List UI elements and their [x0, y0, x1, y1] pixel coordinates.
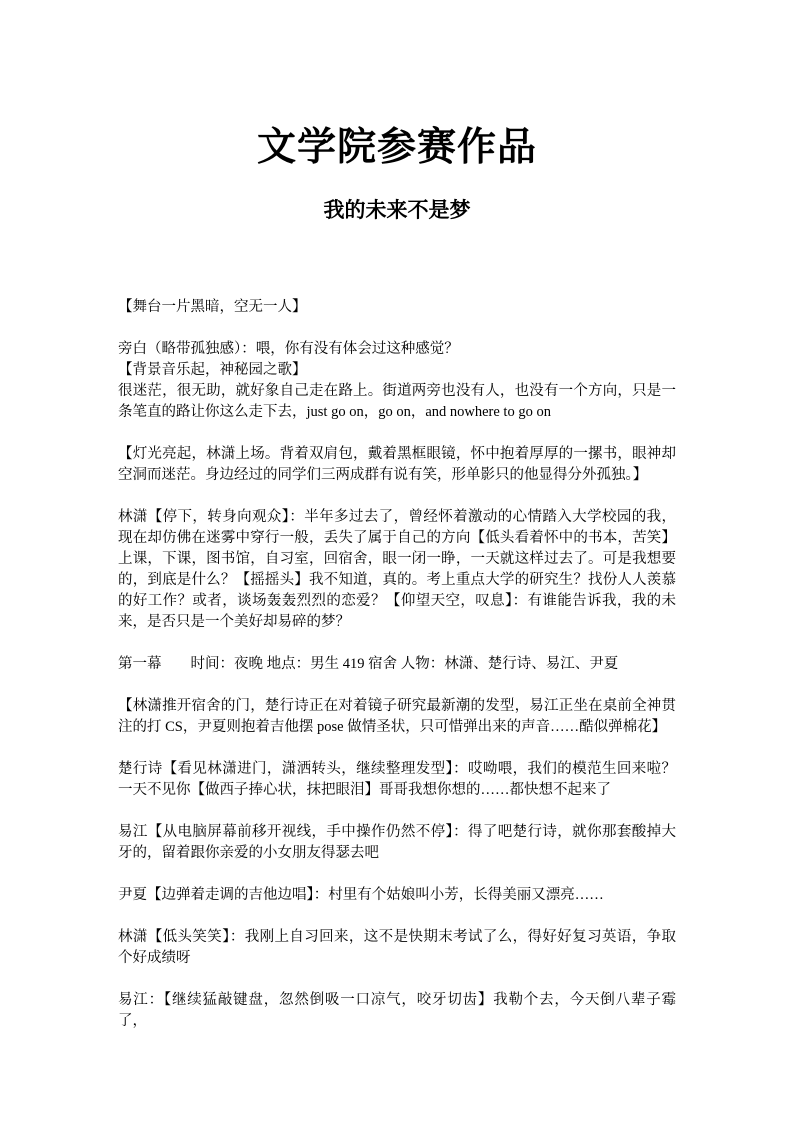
- paragraph-line: 易江：【继续猛敲键盘，忽然倒吸一口凉气，咬牙切齿】我勒个去，今天倒八辈子霉了，: [118, 990, 676, 1032]
- paragraph-line: 【背景音乐起，神秘园之歌】: [118, 360, 676, 381]
- document-subtitle: 我的未来不是梦: [0, 196, 794, 224]
- paragraph-line: 易江【从电脑屏幕前移开视线，手中操作仍然不停】：得了吧楚行诗，就你那套酸掉大牙的…: [118, 822, 676, 864]
- paragraph-block: 【舞台一片黑暗，空无一人】: [118, 297, 676, 318]
- paragraph-block: 第一幕 时间：夜晚 地点：男生 419 宿舍 人物：林潇、楚行诗、易江、尹夏: [118, 654, 676, 675]
- paragraph-block: 【林潇推开宿舍的门，楚行诗正在对着镜子研究最新潮的发型，易江正坐在桌前全神贯注的…: [118, 696, 676, 738]
- paragraph-line: 林潇【低头笑笑】：我刚上自习回来，这不是快期末考试了么，得好好复习英语，争取个好…: [118, 927, 676, 969]
- paragraph-line: 尹夏【边弹着走调的吉他边唱】：村里有个姑娘叫小芳，长得美丽又漂亮……: [118, 885, 676, 906]
- paragraph-line: 楚行诗【看见林潇进门，潇洒转头，继续整理发型】：哎呦喂，我们的模范生回来啦？一天…: [118, 759, 676, 801]
- paragraph-block: 楚行诗【看见林潇进门，潇洒转头，继续整理发型】：哎呦喂，我们的模范生回来啦？一天…: [118, 759, 676, 801]
- paragraph-block: 林潇【停下，转身向观众】：半年多过去了，曾经怀着激动的心情踏入大学校园的我，现在…: [118, 507, 676, 633]
- paragraph-block: 林潇【低头笑笑】：我刚上自习回来，这不是快期末考试了么，得好好复习英语，争取个好…: [118, 927, 676, 969]
- paragraph-block: 【灯光亮起，林潇上场。背着双肩包，戴着黑框眼镜，怀中抱着厚厚的一摞书，眼神却空洞…: [118, 444, 676, 486]
- paragraph-line: 第一幕 时间：夜晚 地点：男生 419 宿舍 人物：林潇、楚行诗、易江、尹夏: [118, 654, 676, 675]
- paragraph-line: 林潇【停下，转身向观众】：半年多过去了，曾经怀着激动的心情踏入大学校园的我，现在…: [118, 507, 676, 633]
- paragraph-block: 易江【从电脑屏幕前移开视线，手中操作仍然不停】：得了吧楚行诗，就你那套酸掉大牙的…: [118, 822, 676, 864]
- paragraph-line: 【舞台一片黑暗，空无一人】: [118, 297, 676, 318]
- paragraph-line: 很迷茫，很无助，就好象自己走在路上。街道两旁也没有人，也没有一个方向，只是一条笔…: [118, 381, 676, 423]
- script-body: 【舞台一片黑暗，空无一人】旁白（略带孤独感）：喂，你有没有体会过这种感觉？【背景…: [118, 297, 676, 1053]
- document-page: 文学院参赛作品 我的未来不是梦 【舞台一片黑暗，空无一人】旁白（略带孤独感）：喂…: [0, 0, 794, 1123]
- paragraph-line: 【灯光亮起，林潇上场。背着双肩包，戴着黑框眼镜，怀中抱着厚厚的一摞书，眼神却空洞…: [118, 444, 676, 486]
- paragraph-line: 【林潇推开宿舍的门，楚行诗正在对着镜子研究最新潮的发型，易江正坐在桌前全神贯注的…: [118, 696, 676, 738]
- paragraph-block: 旁白（略带孤独感）：喂，你有没有体会过这种感觉？【背景音乐起，神秘园之歌】很迷茫…: [118, 339, 676, 423]
- paragraph-block: 易江：【继续猛敲键盘，忽然倒吸一口凉气，咬牙切齿】我勒个去，今天倒八辈子霉了，: [118, 990, 676, 1032]
- paragraph-block: 尹夏【边弹着走调的吉他边唱】：村里有个姑娘叫小芳，长得美丽又漂亮……: [118, 885, 676, 906]
- paragraph-line: 旁白（略带孤独感）：喂，你有没有体会过这种感觉？: [118, 339, 676, 360]
- document-title: 文学院参赛作品: [0, 124, 794, 172]
